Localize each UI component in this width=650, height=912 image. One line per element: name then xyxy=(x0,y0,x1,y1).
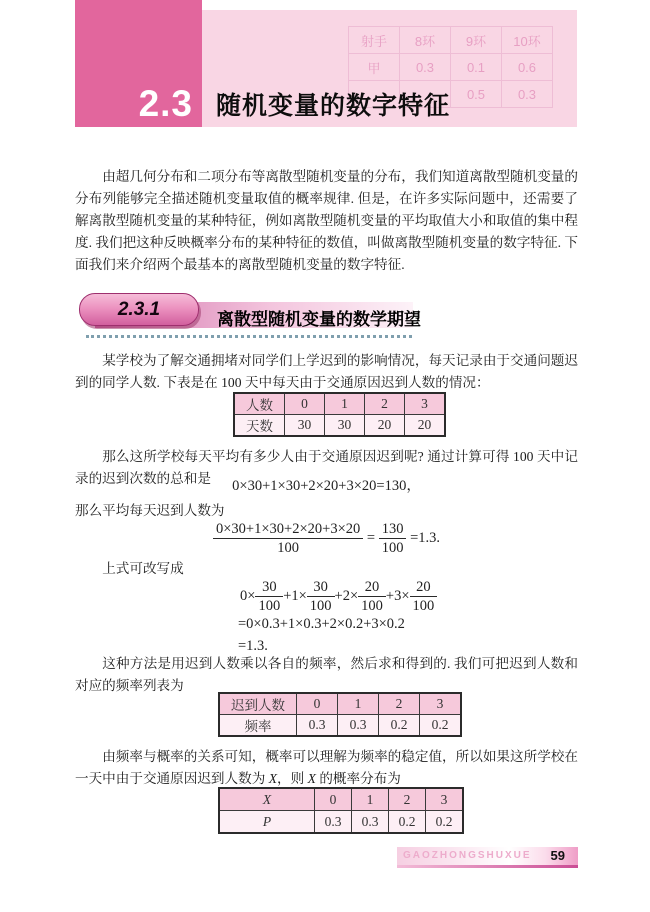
table-cell: 20 xyxy=(365,415,405,437)
table-cell: 0.2 xyxy=(426,811,464,834)
table-cell: 9环 xyxy=(451,27,502,54)
table-cell: 2 xyxy=(365,393,405,415)
table-cell: 0.3 xyxy=(338,715,379,737)
fraction-denominator: 100 xyxy=(379,538,407,557)
table-cell: X xyxy=(219,788,315,811)
table-row: 迟到人数 0 1 2 3 xyxy=(219,693,461,715)
equals-sign: = xyxy=(367,530,375,546)
table-cell: 射手 xyxy=(349,27,400,54)
table-row: 天数 30 30 20 20 xyxy=(234,415,445,437)
table-cell: 0 xyxy=(315,788,352,811)
table-cell: 0.6 xyxy=(502,54,553,81)
table-cell: 0.3 xyxy=(502,81,553,108)
rewrite-formula-line1: 0×30100+1×30100+2×20100+3×20100 xyxy=(240,578,437,615)
chapter-number: 2.3 xyxy=(139,83,193,125)
page-number: 59 xyxy=(551,848,565,863)
table-cell: 1 xyxy=(338,693,379,715)
table-cell: 0.2 xyxy=(389,811,426,834)
table-cell: 1 xyxy=(352,788,389,811)
chapter-title: 随机变量的数字特征 xyxy=(216,86,450,122)
fraction-denominator: 100 xyxy=(213,538,363,557)
table-cell: 0 xyxy=(297,693,338,715)
probability-paragraph: 由频率与概率的关系可知，概率可以理解为频率的稳定值，所以如果这所学校在一天中由于… xyxy=(75,746,578,790)
chapter-number-box: 2.3 xyxy=(75,0,202,127)
table-cell: 天数 xyxy=(234,415,285,437)
table-row: 射手 8环 9环 10环 xyxy=(349,27,553,54)
frequency-table: 迟到人数 0 1 2 3 频率 0.3 0.3 0.2 0.2 xyxy=(218,692,462,737)
term: +2×20100 xyxy=(335,588,386,604)
fraction: 130 100 xyxy=(379,520,407,557)
table-cell: 迟到人数 xyxy=(219,693,297,715)
table-cell: 2 xyxy=(389,788,426,811)
table-cell: 1 xyxy=(325,393,365,415)
table-row: 人数 0 1 2 3 xyxy=(234,393,445,415)
distribution-table: X 0 1 2 3 P 0.3 0.3 0.2 0.2 xyxy=(218,787,464,834)
table-cell: 0.3 xyxy=(400,54,451,81)
intro-paragraph: 由超几何分布和二项分布等离散型随机变量的分布，我们知道离散型随机变量的分布列能够… xyxy=(75,166,578,276)
average-formula: 0×30+1×30+2×20+3×20 100 = 130 100 =1.3. xyxy=(75,520,578,557)
table-cell: 0.1 xyxy=(451,54,502,81)
fraction-numerator: 0×30+1×30+2×20+3×20 xyxy=(213,520,363,538)
rewrite-intro: 上式可改写成 xyxy=(75,558,578,580)
table-cell: 2 xyxy=(379,693,420,715)
subsection-title: 离散型随机变量的数学期望 xyxy=(217,305,421,330)
subsection-number: 2.3.1 xyxy=(118,299,160,321)
average-intro: 那么平均每天迟到人数为 xyxy=(75,500,578,522)
table-cell: 0.3 xyxy=(352,811,389,834)
textbook-page: 射手 8环 9环 10环 甲 0.3 0.1 0.6 0.5 0.3 2.3 随… xyxy=(0,0,650,912)
subsection-number-badge: 2.3.1 xyxy=(79,293,199,326)
variable-x: X xyxy=(308,771,316,786)
late-days-table: 人数 0 1 2 3 天数 30 30 20 20 xyxy=(233,392,446,437)
table-cell: P xyxy=(219,811,315,834)
table-cell: 30 xyxy=(325,415,365,437)
table-cell: 频率 xyxy=(219,715,297,737)
table-cell: 0 xyxy=(285,393,325,415)
sum-formula: 0×30+1×30+2×20+3×20=130， xyxy=(75,474,578,495)
term: +3×20100 xyxy=(386,588,437,604)
table-cell: 0.3 xyxy=(297,715,338,737)
table-cell: 10环 xyxy=(502,27,553,54)
table-cell: 20 xyxy=(405,415,446,437)
table-cell: 0.2 xyxy=(379,715,420,737)
fraction-numerator: 130 xyxy=(379,520,407,538)
table-row: 频率 0.3 0.3 0.2 0.2 xyxy=(219,715,461,737)
footer-watermark: GAOZHONGSHUXUE xyxy=(403,850,532,861)
dotted-divider xyxy=(86,335,412,338)
survey-paragraph: 某学校为了解交通拥堵对同学们上学迟到的影响情况，每天记录由于交通问题迟到的同学人… xyxy=(75,350,578,394)
rewrite-formula-line2: =0×0.3+1×0.3+2×0.2+3×0.2 xyxy=(238,616,405,633)
table-cell: 3 xyxy=(426,788,464,811)
table-cell: 0.3 xyxy=(315,811,352,834)
table-row: P 0.3 0.3 0.2 0.2 xyxy=(219,811,463,834)
table-cell: 3 xyxy=(420,693,462,715)
term: +1×30100 xyxy=(283,588,334,604)
table-cell: 0.5 xyxy=(451,81,502,108)
table-cell: 8环 xyxy=(400,27,451,54)
table-cell: 甲 xyxy=(349,54,400,81)
footer-bar: GAOZHONGSHUXUE 59 xyxy=(397,847,578,865)
table-row: X 0 1 2 3 xyxy=(219,788,463,811)
table-cell: 3 xyxy=(405,393,446,415)
text-run: ，则 xyxy=(277,771,308,786)
variable-x: X xyxy=(269,771,277,786)
method-paragraph: 这种方法是用迟到人数乘以各自的频率，然后求和得到的. 我们可把迟到人数和对应的频… xyxy=(75,653,578,697)
text-run: 的概率分布为 xyxy=(316,771,401,786)
formula-result: =1.3. xyxy=(410,530,440,546)
table-cell: 0.2 xyxy=(420,715,462,737)
table-cell: 30 xyxy=(285,415,325,437)
table-cell: 人数 xyxy=(234,393,285,415)
term: 0×30100 xyxy=(240,588,283,604)
fraction: 0×30+1×30+2×20+3×20 100 xyxy=(213,520,363,557)
table-row: 甲 0.3 0.1 0.6 xyxy=(349,54,553,81)
subsection-header: 2.3.1 离散型随机变量的数学期望 xyxy=(0,291,650,343)
footer-divider xyxy=(397,865,578,868)
